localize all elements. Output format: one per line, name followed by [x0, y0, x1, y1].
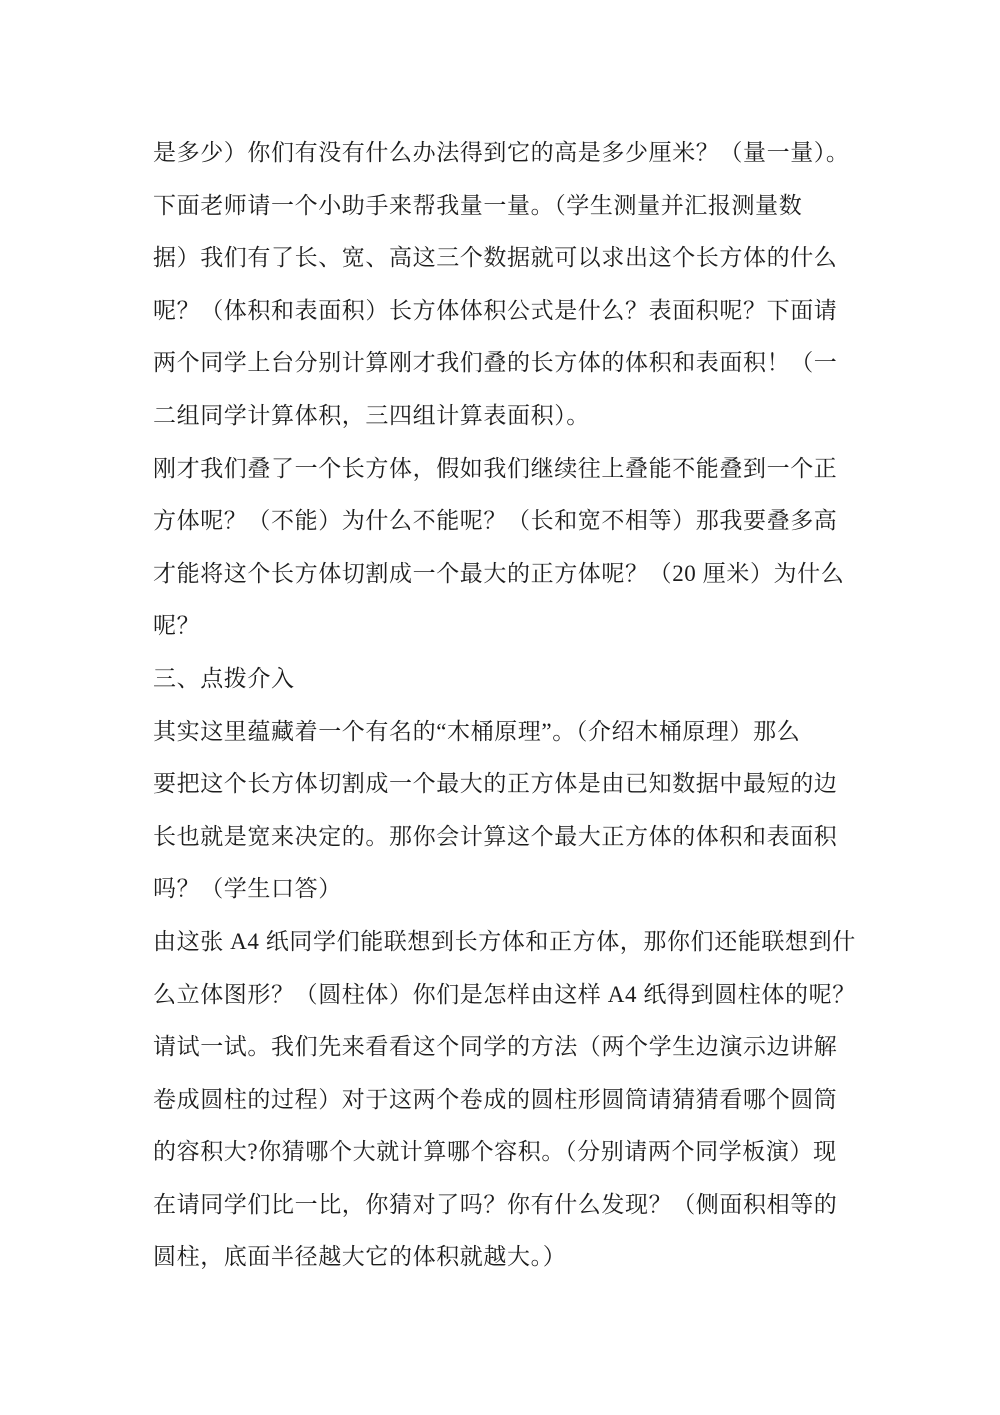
text-line: 刚才我们叠了一个长方体，假如我们继续往上叠能不能叠到一个正 [153, 443, 893, 496]
text-line: 吗？（学生口答） [153, 863, 893, 916]
text-line: 长也就是宽来决定的。那你会计算这个最大正方体的体积和表面积 [153, 811, 893, 864]
text-line: 是多少）你们有没有什么办法得到它的高是多少厘米？（量一量）。 [153, 127, 893, 180]
text-line: 在请同学们比一比，你猜对了吗？你有什么发现？（侧面积相等的 [153, 1179, 893, 1232]
text-line: 方体呢？（不能）为什么不能呢？（长和宽不相等）那我要叠多高 [153, 495, 893, 548]
text-line: 的容积大?你猜哪个大就计算哪个容积。（分别请两个同学板演）现 [153, 1126, 893, 1179]
text-line: 二组同学计算体积，三四组计算表面积）。 [153, 390, 893, 443]
text-line: 由这张 A4 纸同学们能联想到长方体和正方体，那你们还能联想到什 [153, 916, 893, 969]
text-line: 圆柱，底面半径越大它的体积就越大。） [153, 1231, 893, 1284]
text-line: 呢？ [153, 600, 893, 653]
text-line: 要把这个长方体切割成一个最大的正方体是由已知数据中最短的边 [153, 758, 893, 811]
text-line: 请试一试。我们先来看看这个同学的方法（两个学生边演示边讲解 [153, 1021, 893, 1074]
text-line: 据）我们有了长、宽、高这三个数据就可以求出这个长方体的什么 [153, 232, 893, 285]
text-line: 么立体图形？（圆柱体）你们是怎样由这样 A4 纸得到圆柱体的呢？ [153, 969, 893, 1022]
text-line: 呢？（体积和表面积）长方体体积公式是什么？表面积呢？下面请 [153, 285, 893, 338]
document-text-block: 是多少）你们有没有什么办法得到它的高是多少厘米？（量一量）。 下面老师请一个小助… [153, 127, 893, 1284]
text-line: 下面老师请一个小助手来帮我量一量。（学生测量并汇报测量数 [153, 180, 893, 233]
text-line: 才能将这个长方体切割成一个最大的正方体呢？（20 厘米）为什么 [153, 548, 893, 601]
text-line: 卷成圆柱的过程）对于这两个卷成的圆柱形圆筒请猜猜看哪个圆筒 [153, 1074, 893, 1127]
text-line: 两个同学上台分别计算刚才我们叠的长方体的体积和表面积！（一 [153, 337, 893, 390]
section-heading: 三、点拨介入 [153, 653, 893, 706]
document-page: 是多少）你们有没有什么办法得到它的高是多少厘米？（量一量）。 下面老师请一个小助… [0, 0, 1000, 1415]
text-line: 其实这里蕴藏着一个有名的“木桶原理”。（介绍木桶原理）那么 [153, 706, 893, 759]
